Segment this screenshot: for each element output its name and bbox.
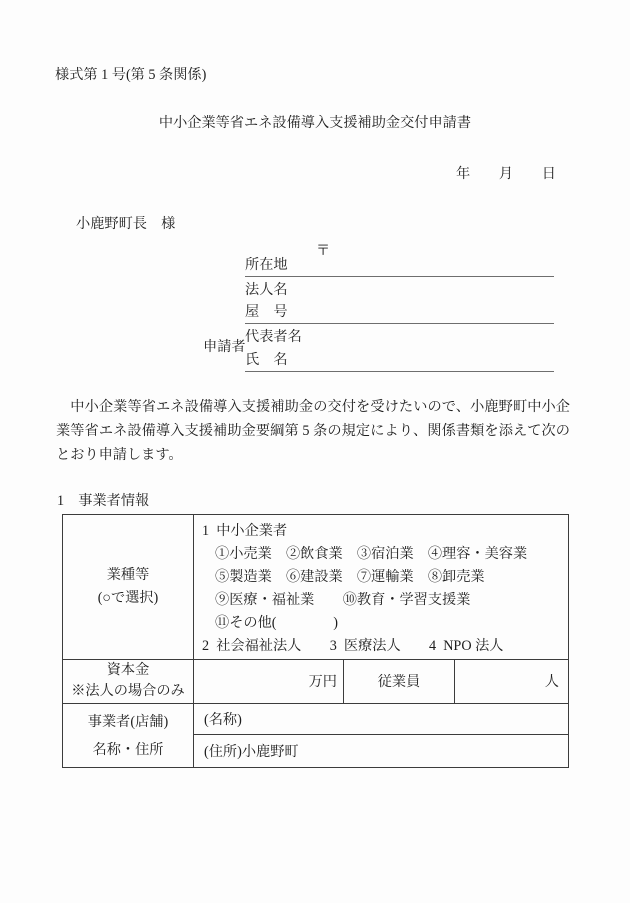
business-header-line2: 名称・住所: [93, 739, 164, 759]
field-row-location: 所在地: [245, 253, 554, 277]
field-label-representative: 代表者名: [245, 326, 302, 346]
applicant-label: 申請者: [203, 336, 246, 356]
business-address-cell: (住所)小鹿野町: [194, 734, 569, 767]
industry-option-line-4: ⑪その他( ): [202, 612, 564, 635]
field-row-trade-name: 屋 号: [245, 301, 554, 325]
capital-header-line2: ※法人の場合のみ: [63, 681, 193, 703]
business-name-cell: (名称): [194, 703, 569, 734]
employees-header-cell: 従業員: [344, 659, 455, 703]
date-day-label: 日: [542, 163, 556, 183]
body-paragraph: 中小企業等省エネ設備導入支援補助金の交付を受けたいので、小鹿野町中小企業等省エネ…: [56, 396, 570, 468]
application-form-page: 様式第 1 号(第 5 条関係) 中小企業等省エネ設備導入支援補助金交付申請書 …: [0, 0, 630, 903]
industry-type-header-cell: 業種等 (○で選択): [63, 515, 194, 660]
field-label-trade-name: 屋 号: [245, 301, 288, 321]
business-header-line1: 事業者(店舗): [88, 711, 168, 731]
form-number: 様式第 1 号(第 5 条関係): [55, 64, 206, 84]
business-info-table: 業種等 (○で選択) 1 中小企業者 ①小売業 ②飲食業 ③宿泊業 ④理容・美容…: [62, 514, 569, 768]
capital-amount-cell: 万円: [194, 659, 344, 703]
capital-header-cell: 資本金 ※法人の場合のみ: [63, 659, 194, 703]
employees-count-cell: 人: [455, 659, 569, 703]
field-row-corporate-name: 法人名: [245, 277, 554, 301]
field-label-corporate-name: 法人名: [245, 279, 288, 299]
industry-group-sme: 1 中小企業者: [202, 520, 564, 543]
industry-option-line-3: ⑨医療・福祉業 ⑩教育・学習支援業: [202, 589, 564, 612]
field-row-representative: 代表者名: [245, 324, 554, 348]
industry-options-cell: 1 中小企業者 ①小売業 ②飲食業 ③宿泊業 ④理容・美容業 ⑤製造業 ⑥建設業…: [194, 515, 569, 660]
field-label-location: 所在地: [245, 254, 288, 274]
field-row-full-name: 氏 名: [245, 348, 554, 372]
field-label-full-name: 氏 名: [245, 349, 288, 369]
date-line: 年 月 日: [456, 163, 556, 183]
employees-unit-label: 人: [545, 674, 559, 690]
industry-type-header-line2: (○で選択): [63, 587, 193, 610]
industry-option-line-2: ⑤製造業 ⑥建設業 ⑦運輸業 ⑧卸売業: [202, 566, 564, 589]
capital-unit-label: 万円: [309, 674, 337, 690]
industry-option-line-1: ①小売業 ②飲食業 ③宿泊業 ④理容・美容業: [202, 543, 564, 566]
date-month-label: 月: [499, 163, 513, 183]
page-title: 中小企業等省エネ設備導入支援補助金交付申請書: [0, 112, 630, 132]
section-heading: 1 事業者情報: [57, 490, 149, 510]
date-year-label: 年: [456, 163, 470, 183]
capital-header-line1: 資本金: [63, 660, 193, 682]
business-name-address-header-cell: 事業者(店舗) 名称・住所: [63, 703, 194, 767]
industry-group-others: 2 社会福祉法人 3 医療法人 4 NPO 法人: [202, 635, 564, 658]
industry-type-header-line1: 業種等: [63, 564, 193, 587]
addressee: 小鹿野町長 様: [76, 213, 175, 233]
business-address-prefix: (住所)小鹿野町: [204, 744, 299, 760]
business-name-prefix: (名称): [204, 712, 242, 728]
employees-label: 従業員: [378, 674, 421, 690]
applicant-fields: 所在地 法人名 屋 号 代表者名 氏 名: [245, 253, 554, 372]
